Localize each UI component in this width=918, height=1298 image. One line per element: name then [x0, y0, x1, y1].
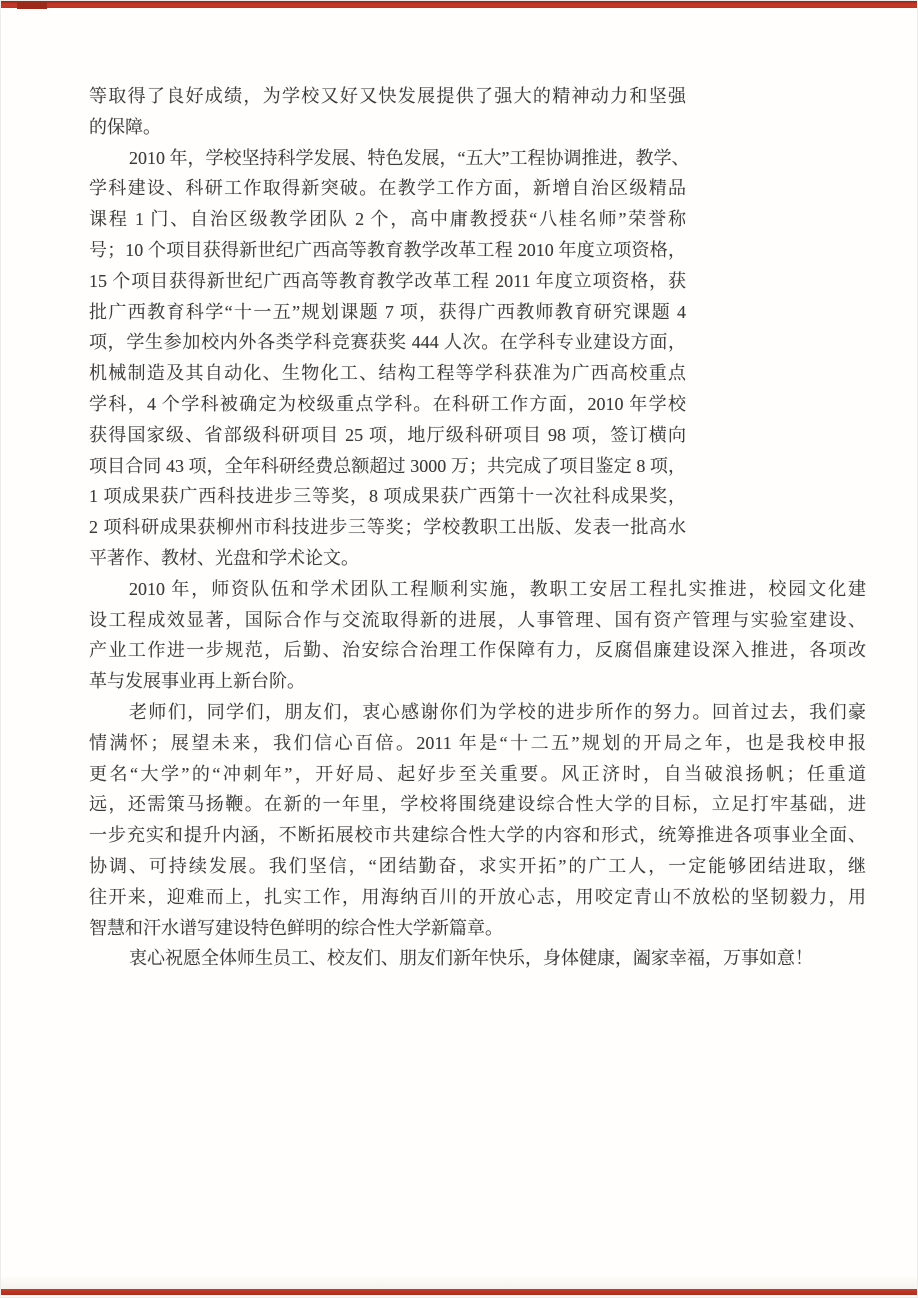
text-line: 一步充实和提升内涵，不断拓展校市共建综合性大学的内容和形式，统筹推进各项事业全面… [89, 820, 866, 851]
text-line: 产业工作进一步规范，后勤、治安综合治理工作保障有力，反腐倡廉建设深入推进，各项改 [89, 635, 866, 666]
text-line: 号；10 个项目获得新世纪广西高等教育教学改革工程 2010 年度立项资格， [89, 235, 686, 266]
text-line: 2010 年，师资队伍和学术团队工程顺利实施，教职工安居工程扎实推进，校园文化建 [89, 574, 866, 605]
text-line: 的保障。 [89, 112, 686, 143]
text-line: 课程 1 门、自治区级教学团队 2 个，高中庸教授获“八桂名师”荣誉称 [89, 204, 686, 235]
text-line: 项，学生参加校内外各类学科竞赛获奖 444 人次。在学科专业建设方面， [89, 327, 686, 358]
text-line: 学科建设、科研工作取得新突破。在教学工作方面，新增自治区级精品 [89, 173, 686, 204]
text-line: 智慧和汗水谱写建设特色鲜明的综合性大学新篇章。 [89, 913, 866, 944]
top-red-rule [1, 1, 917, 8]
document-body: 等取得了良好成绩，为学校又好又快发展提供了强大的精神动力和坚强的保障。2010 … [89, 81, 873, 974]
top-rule-dark-segment [17, 1, 47, 9]
text-line: 设工程成效显著，国际合作与交流取得新的进展，人事管理、国有资产管理与实验室建设、 [89, 605, 866, 636]
text-line: 批广西教育科学“十一五”规划课题 7 项，获得广西教师教育研究课题 4 [89, 297, 686, 328]
text-line: 往开来，迎难而上，扎实工作，用海纳百川的开放心志，用咬定青山不放松的坚韧毅力，用 [89, 882, 866, 913]
text-line: 衷心祝愿全体师生员工、校友们、朋友们新年快乐，身体健康，阖家幸福，万事如意！ [89, 943, 866, 974]
text-line: 机械制造及其自动化、生物化工、结构工程等学科获准为广西高校重点 [89, 358, 686, 389]
text-line: 获得国家级、省部级科研项目 25 项，地厅级科研项目 98 项，签订横向 [89, 420, 686, 451]
scan-shade [1, 1275, 917, 1289]
text-line: 2 项科研成果获柳州市科技进步三等奖；学校教职工出版、发表一批高水 [89, 512, 686, 543]
text-line: 革与发展事业再上新台阶。 [89, 666, 866, 697]
document-page: 等取得了良好成绩，为学校又好又快发展提供了强大的精神动力和坚强的保障。2010 … [0, 0, 918, 1298]
bottom-red-rule [1, 1289, 917, 1295]
text-line: 平著作、教材、光盘和学术论文。 [89, 543, 686, 574]
text-line: 情满怀；展望未来，我们信心百倍。2011 年是“十二五”规划的开局之年，也是我校… [89, 728, 866, 759]
text-line: 1 项成果获广西科技进步三等奖，8 项成果获广西第十一次社科成果奖， [89, 481, 686, 512]
text-line: 远，还需策马扬鞭。在新的一年里，学校将围绕建设综合性大学的目标，立足打牢基础，进 [89, 789, 866, 820]
text-line: 学科，4 个学科被确定为校级重点学科。在科研工作方面，2010 年学校 [89, 389, 686, 420]
text-line: 老师们，同学们，朋友们，衷心感谢你们为学校的进步所作的努力。回首过去，我们豪 [89, 697, 866, 728]
text-line: 更名“大学”的“冲刺年”，开好局、起好步至关重要。风正济时，自当破浪扬帆；任重道 [89, 759, 866, 790]
text-line: 等取得了良好成绩，为学校又好又快发展提供了强大的精神动力和坚强 [89, 81, 686, 112]
text-line: 协调、可持续发展。我们坚信，“团结勤奋，求实开拓”的广工人，一定能够团结进取，继 [89, 851, 866, 882]
text-line: 15 个项目获得新世纪广西高等教育教学改革工程 2011 年度立项资格，获 [89, 266, 686, 297]
text-line: 2010 年，学校坚持科学发展、特色发展，“五大”工程协调推进，教学、 [89, 143, 686, 174]
text-line: 项目合同 43 项，全年科研经费总额超过 3000 万；共完成了项目鉴定 8 项… [89, 451, 686, 482]
